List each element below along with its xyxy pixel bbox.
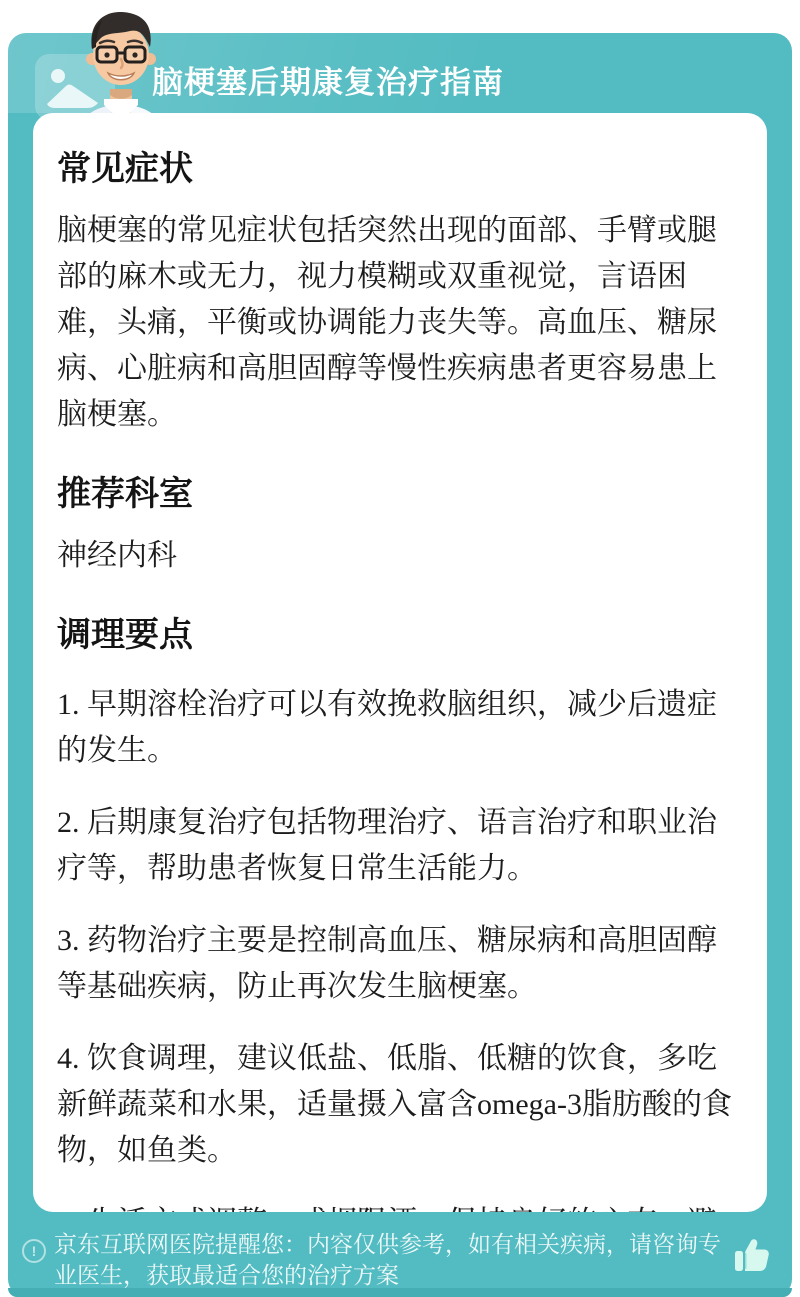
section-heading-department: 推荐科室: [57, 466, 745, 515]
section-heading-care-points: 调理要点: [57, 607, 745, 656]
care-point-4: 4. 饮食调理，建议低盐、低脂、低糖的饮食，多吃新鲜蔬菜和水果，适量摄入富含om…: [57, 1036, 745, 1174]
care-point-3: 3. 药物治疗主要是控制高血压、糖尿病和高胆固醇等基础疾病，防止再次发生脑梗塞。: [57, 918, 745, 1010]
disclaimer-text: 京东互联网医院提醒您：内容仅供参考，如有相关疾病，请咨询专业医生，获取最适合您的…: [54, 1229, 726, 1291]
info-icon: !: [22, 1239, 46, 1263]
care-point-1: 1. 早期溶栓治疗可以有效挽救脑组织，减少后遗症的发生。: [57, 682, 745, 774]
care-point-5: 5. 生活方式调整，戒烟限酒，保持良好的心态，避免过度劳累和压力过大。: [57, 1200, 745, 1212]
care-point-2: 2. 后期康复治疗包括物理治疗、语言治疗和职业治疗等，帮助患者恢复日常生活能力。: [57, 800, 745, 892]
disclaimer-bar: ! 京东互联网医院提醒您：内容仅供参考，如有相关疾病，请咨询专业医生，获取最适合…: [8, 1212, 792, 1291]
page-title: 脑梗塞后期康复治疗指南: [152, 57, 504, 102]
card-header: 脑梗塞后期康复治疗指南: [8, 33, 792, 113]
thumbs-up-icon[interactable]: [730, 1233, 774, 1277]
symptoms-paragraph: 脑梗塞的常见症状包括突然出现的面部、手臂或腿部的麻木或无力，视力模糊或双重视觉，…: [57, 208, 745, 438]
consult-result-card: 脑梗塞后期康复治疗指南 常见症状 脑梗塞的常见症状包括突然出现的面部、手臂或腿部…: [8, 33, 792, 1297]
content-card: 常见症状 脑梗塞的常见症状包括突然出现的面部、手臂或腿部的麻木或无力，视力模糊或…: [33, 113, 767, 1212]
section-heading-symptoms: 常见症状: [57, 141, 745, 190]
department-name: 神经内科: [57, 533, 745, 579]
